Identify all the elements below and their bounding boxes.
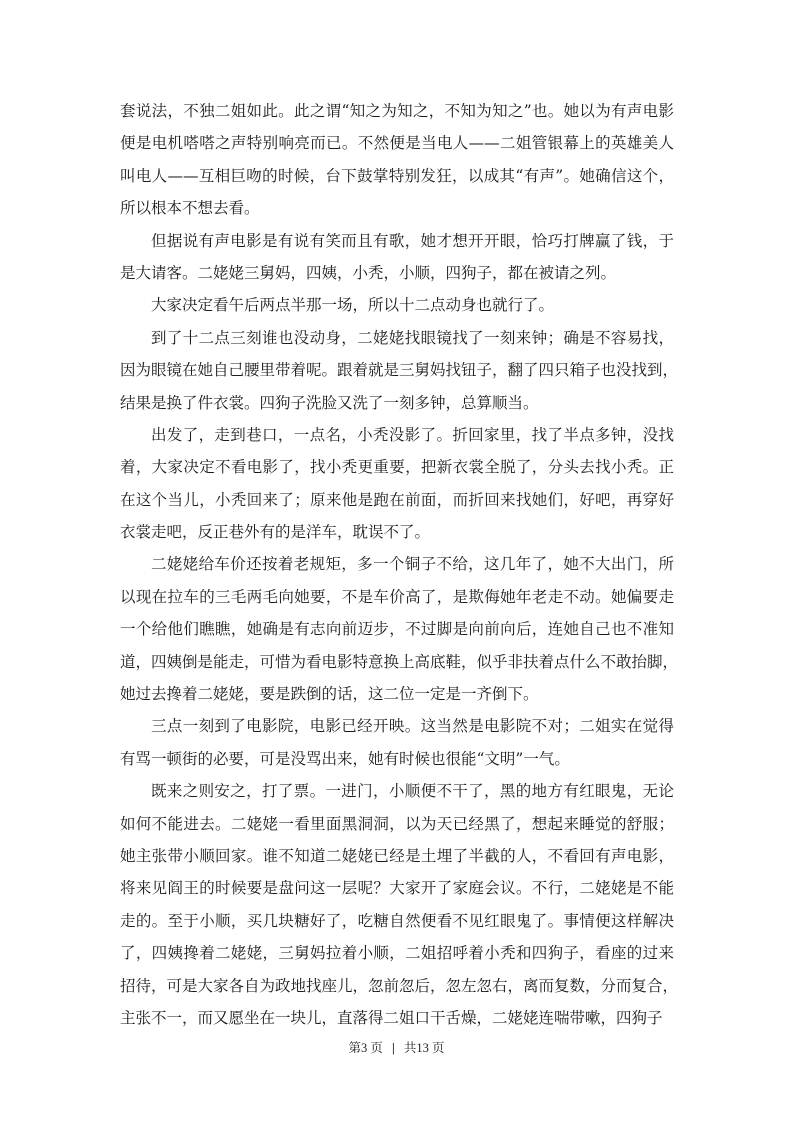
- paragraph: 套说法，不独二姐如此。此之谓“知之为知之，不知为知之”也。她以为有声电影便是电机…: [120, 95, 674, 225]
- text-line: 大家决定看午后两点半那一场，所以十二点动身也就行了。: [120, 289, 674, 321]
- text-line: 是大请客。二姥姥三舅妈，四姨，小秃，小顺，四狗子，都在被请之列。: [120, 257, 674, 289]
- page-footer: 第3 页 | 共13 页: [0, 1038, 793, 1056]
- total-pages-label: 共13 页: [404, 1041, 445, 1055]
- footer-separator: |: [392, 1041, 395, 1056]
- paragraph: 出发了，走到巷口，一点名，小秃没影了。折回家里，找了半点多钟，没找着，大家决定不…: [120, 419, 674, 549]
- text-line: 但据说有声电影是有说有笑而且有歌，她才想开开眼，恰巧打牌赢了钱，于: [120, 225, 674, 257]
- text-line: 了，四姨搀着二姥姥，三舅妈拉着小顺，二姐招呼着小秃和四狗子，看座的过来: [120, 937, 674, 969]
- text-line: 有骂一顿街的必要，可是没骂出来，她有时候也很能“文明”一气。: [120, 743, 674, 775]
- text-line: 叫电人——互相巨吻的时候，台下鼓掌特别发狂，以成其“有声”。她确信这个，: [120, 160, 674, 192]
- document-page: 套说法，不独二姐如此。此之谓“知之为知之，不知为知之”也。她以为有声电影便是电机…: [0, 0, 793, 1122]
- text-line: 二姥姥给车价还按着老规矩，多一个铜子不给，这几年了，她不大出门，所: [120, 548, 674, 580]
- body-text: 套说法，不独二姐如此。此之谓“知之为知之，不知为知之”也。她以为有声电影便是电机…: [120, 95, 674, 1034]
- text-line: 到了十二点三刻谁也没动身，二姥姥找眼镜找了一刻来钟；确是不容易找，: [120, 322, 674, 354]
- text-line: 套说法，不独二姐如此。此之谓“知之为知之，不知为知之”也。她以为有声电影: [120, 95, 674, 127]
- text-line: 三点一刻到了电影院，电影已经开映。这当然是电影院不对；二姐实在觉得: [120, 710, 674, 742]
- text-line: 因为眼镜在她自己腰里带着呢。跟着就是三舅妈找钮子，翻了四只箱子也没找到，: [120, 354, 674, 386]
- text-line: 在这个当儿，小秃回来了；原来他是跑在前面，而折回来找她们，好吧，再穿好: [120, 484, 674, 516]
- text-line: 以现在拉车的三毛两毛向她要，不是车价高了，是欺侮她年老走不动。她偏要走: [120, 581, 674, 613]
- text-line: 既来之则安之，打了票。一进门，小顺便不干了，黑的地方有红眼鬼，无论: [120, 775, 674, 807]
- text-line: 衣裳走吧，反正巷外有的是洋车，耽误不了。: [120, 516, 674, 548]
- paragraph: 既来之则安之，打了票。一进门，小顺便不干了，黑的地方有红眼鬼，无论如何不能进去。…: [120, 775, 674, 1034]
- text-line: 招待，可是大家各自为政地找座儿，忽前忽后，忽左忽右，离而复数，分而复合，: [120, 970, 674, 1002]
- text-line: 她主张带小顺回家。谁不知道二姥姥已经是土埋了半截的人，不看回有声电影，: [120, 840, 674, 872]
- paragraph: 到了十二点三刻谁也没动身，二姥姥找眼镜找了一刻来钟；确是不容易找，因为眼镜在她自…: [120, 322, 674, 419]
- paragraph: 但据说有声电影是有说有笑而且有歌，她才想开开眼，恰巧打牌赢了钱，于是大请客。二姥…: [120, 225, 674, 290]
- text-line: 便是电机嗒嗒之声特别响亮而已。不然便是当电人——二姐管银幕上的英雄美人: [120, 127, 674, 159]
- text-line: 所以根本不想去看。: [120, 192, 674, 224]
- paragraph: 二姥姥给车价还按着老规矩，多一个铜子不给，这几年了，她不大出门，所以现在拉车的三…: [120, 548, 674, 710]
- text-line: 主张不一，而又愿坐在一块儿，直落得二姐口干舌燥，二姥姥连喘带嗽，四狗子: [120, 1002, 674, 1034]
- text-line: 她过去搀着二姥姥，要是跌倒的话，这二位一定是一齐倒下。: [120, 678, 674, 710]
- text-line: 如何不能进去。二姥姥一看里面黑洞洞，以为天已经黑了，想起来睡觉的舒服；: [120, 808, 674, 840]
- text-line: 出发了，走到巷口，一点名，小秃没影了。折回家里，找了半点多钟，没找: [120, 419, 674, 451]
- text-line: 着，大家决定不看电影了，找小秃更重要，把新衣裳全脱了，分头去找小秃。正: [120, 451, 674, 483]
- text-line: 道，四姨倒是能走，可惜为看电影特意换上高底鞋，似乎非扶着点什么不敢抬脚，: [120, 646, 674, 678]
- paragraph: 三点一刻到了电影院，电影已经开映。这当然是电影院不对；二姐实在觉得有骂一顿街的必…: [120, 710, 674, 775]
- paragraph: 大家决定看午后两点半那一场，所以十二点动身也就行了。: [120, 289, 674, 321]
- text-line: 走的。至于小顺，买几块糖好了，吃糖自然便看不见红眼鬼了。事情便这样解决: [120, 905, 674, 937]
- current-page-label: 第3 页: [348, 1041, 382, 1055]
- text-line: 一个给他们瞧瞧，她确是有志向前迈步，不过脚是向前向后，连她自己也不准知: [120, 613, 674, 645]
- text-line: 将来见阎王的时候要是盘问这一层呢？大家开了家庭会议。不行，二姥姥是不能: [120, 872, 674, 904]
- text-line: 结果是换了件衣裳。四狗子洗脸又洗了一刻多钟，总算顺当。: [120, 387, 674, 419]
